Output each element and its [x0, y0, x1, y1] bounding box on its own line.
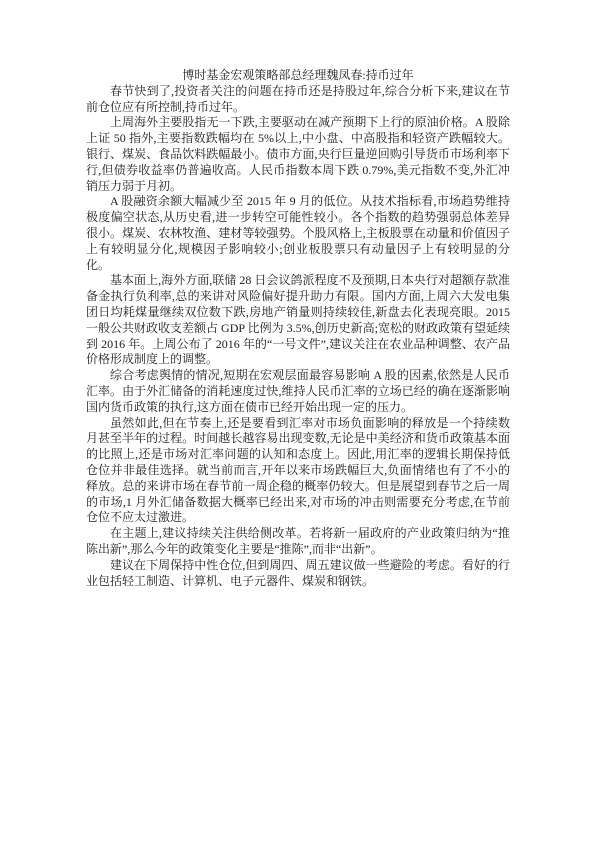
document-body: 春节快到了,投资者关注的问题在持币还是持股过年,综合分析下来,建议在节前仓位应有…	[86, 84, 510, 590]
paragraph: A 股融资余额大幅减少至 2015 年 9 月的低位。从技术指标看,市场趋势维持…	[86, 194, 510, 273]
document-page: 博时基金宏观策略部总经理魏凤春:持币过年 春节快到了,投资者关注的问题在持币还是…	[0, 0, 595, 842]
paragraph: 春节快到了,投资者关注的问题在持币还是持股过年,综合分析下来,建议在节前仓位应有…	[86, 84, 510, 116]
paragraph: 综合考虑舆情的情况,短期在宏观层面最容易影响 A 股的因素,依然是人民币汇率。由…	[86, 368, 510, 415]
paragraph: 基本面上,海外方面,联储 28 日会议鸽派程度不及预期,日本央行对超额存款准备金…	[86, 273, 510, 368]
paragraph: 上周海外主要股指无一下跌,主要驱动在减产预期下上行的原油价格。A 股除上证 50…	[86, 115, 510, 194]
paragraph: 虽然如此,但在节奏上,还是要看到汇率对市场负面影响的释放是一个持续数月甚至半年的…	[86, 416, 510, 527]
document-title: 博时基金宏观策略部总经理魏凤春:持币过年	[86, 68, 510, 84]
paragraph: 建议在下周保持中性仓位,但到周四、周五建议做一些避险的考虑。看好的行业包括轻工制…	[86, 558, 510, 590]
paragraph: 在主题上,建议持续关注供给侧改革。若将新一届政府的产业政策归纳为“推陈出新”,那…	[86, 526, 510, 558]
